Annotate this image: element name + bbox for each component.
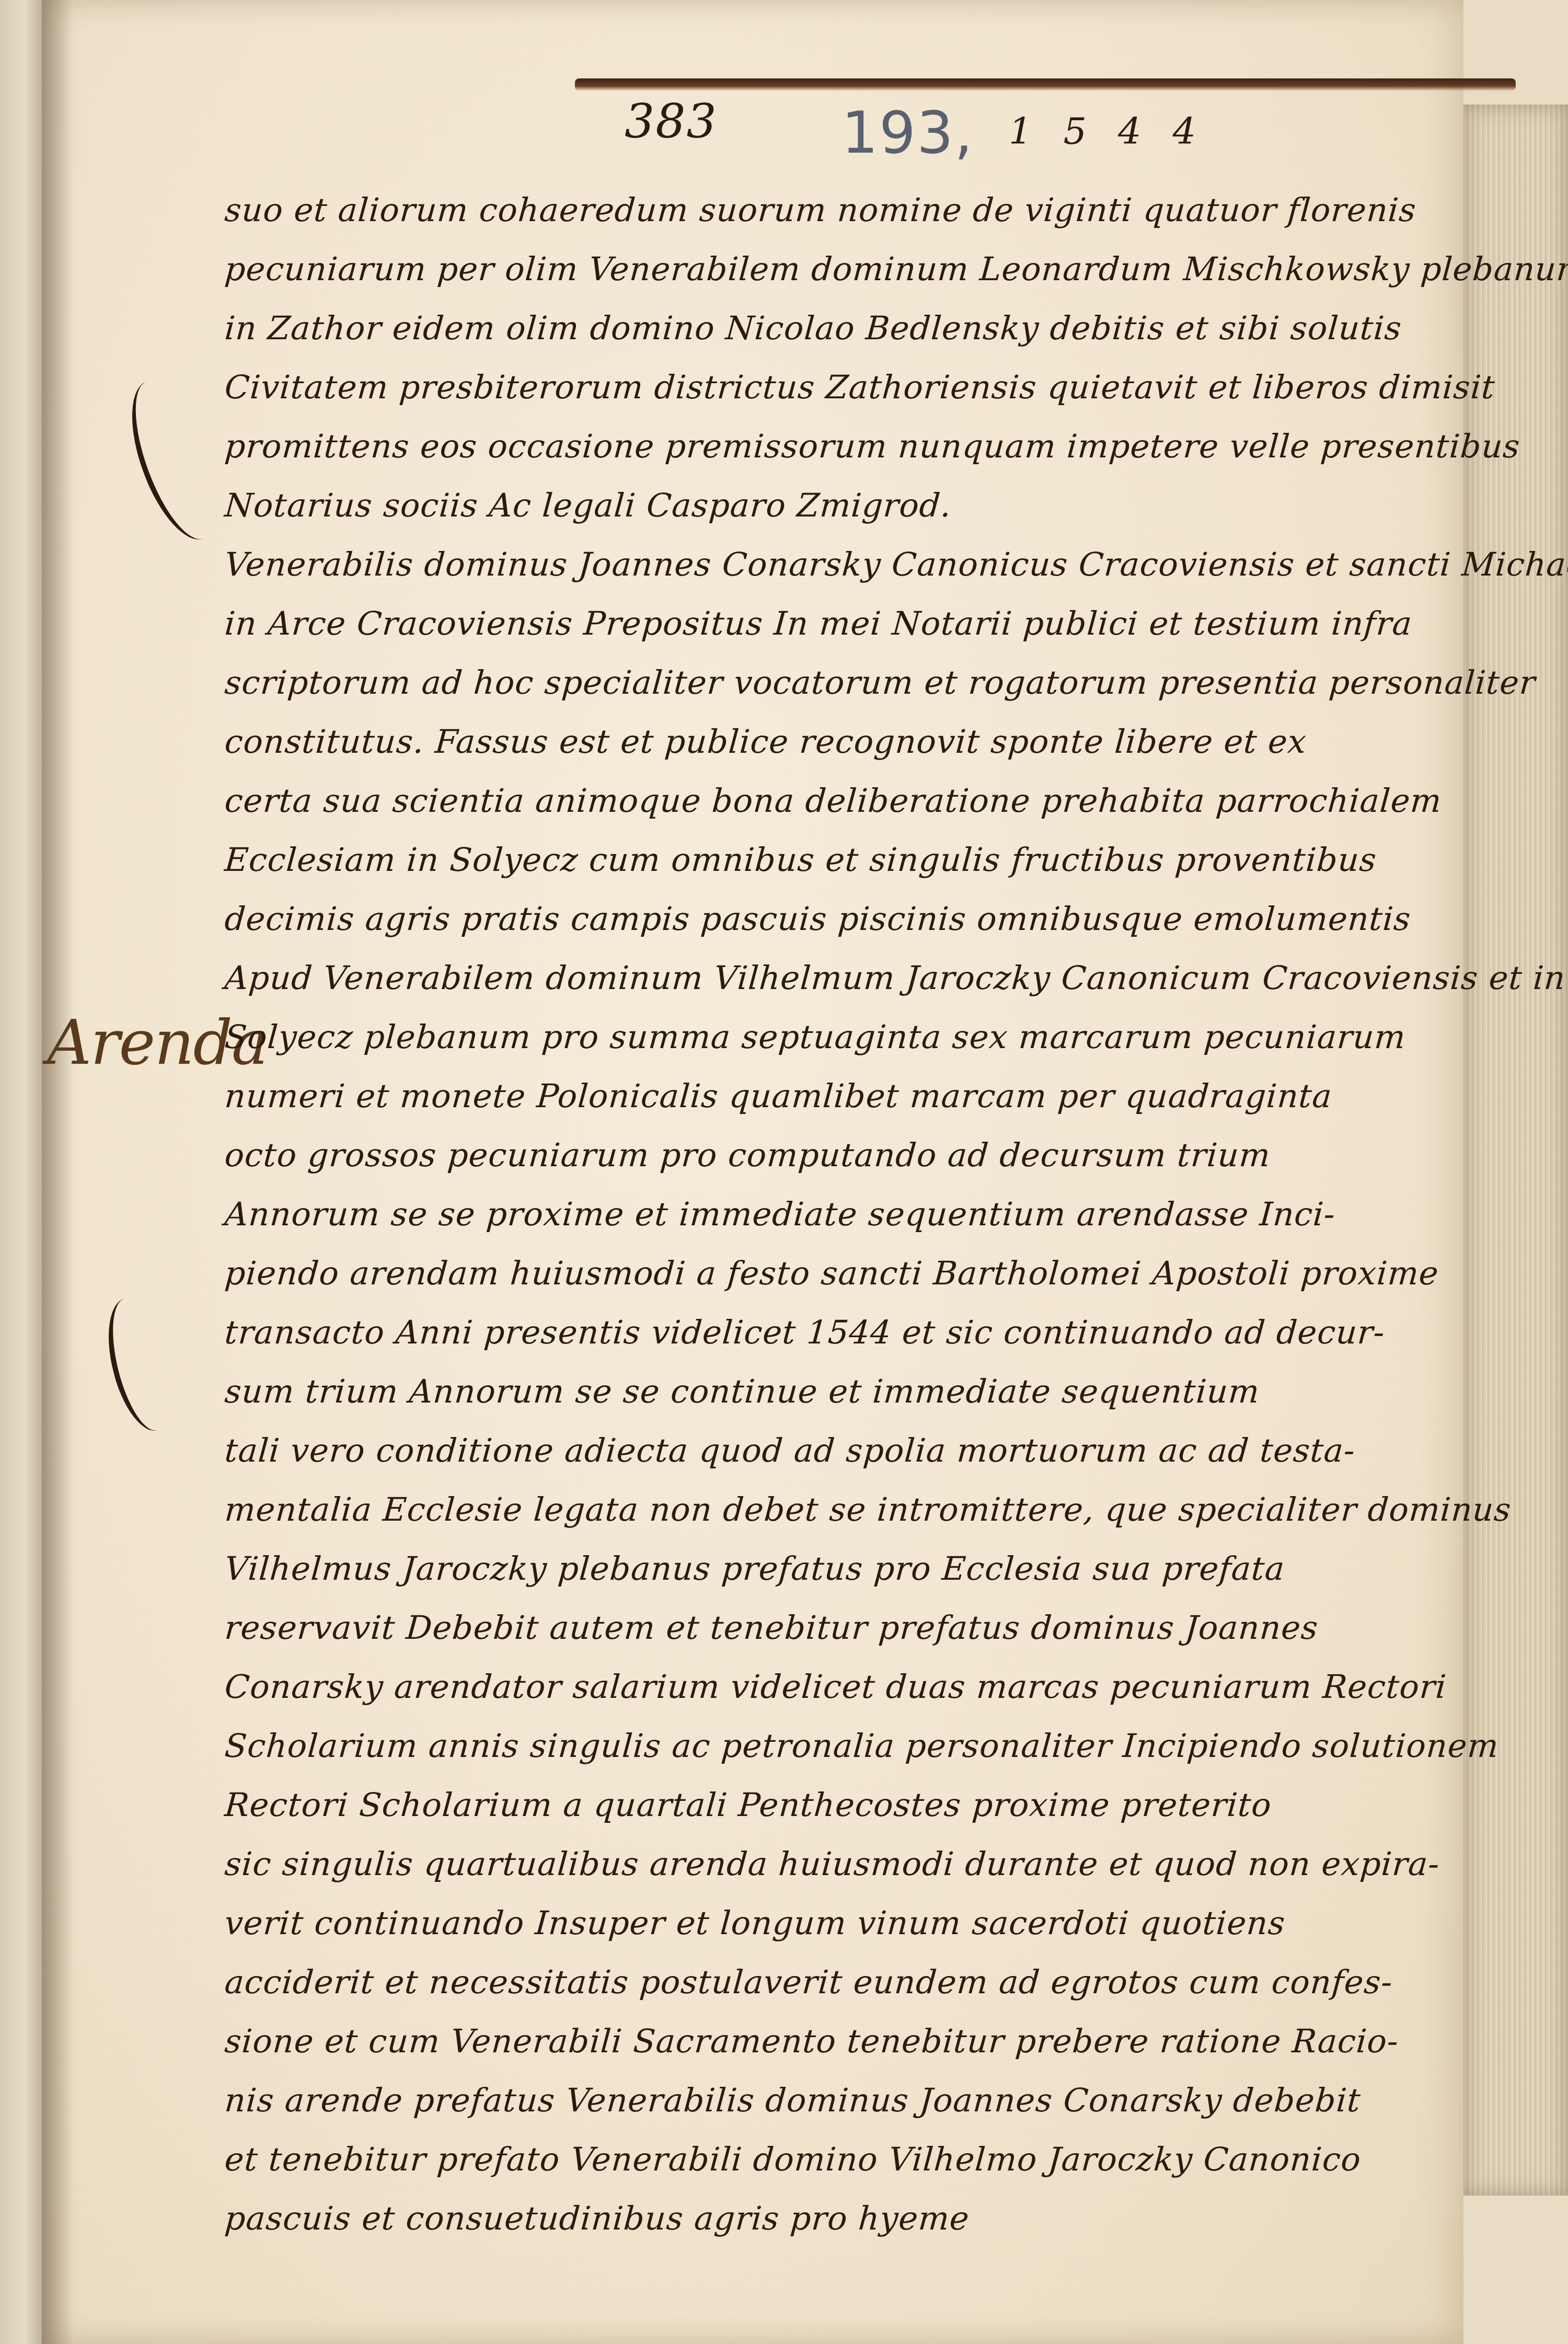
text-line: Venerabilis dominus Joannes Conarsky Can… — [223, 535, 1403, 594]
text-line: scriptorum ad hoc specialiter vocatorum … — [223, 653, 1403, 712]
facing-page-edge — [0, 0, 42, 2344]
text-line: Conarsky arendator salarium videlicet du… — [223, 1657, 1403, 1716]
text-line: Ecclesiam in Solyecz cum omnibus et sing… — [223, 830, 1403, 889]
page-edges — [1463, 105, 1568, 2196]
text-line: pascuis et consuetudinibus agris pro hye… — [223, 2189, 1403, 2248]
text-line: Scholarium annis singulis ac petronalia … — [223, 1716, 1403, 1775]
text-line: octo grossos pecuniarum pro computando a… — [223, 1125, 1403, 1185]
text-line: transacto Anni presentis videlicet 1544 … — [223, 1303, 1403, 1362]
year-heading: 1544 — [1009, 110, 1227, 153]
text-line: Solyecz plebanum pro summa septuaginta s… — [223, 1007, 1403, 1066]
text-line: tali vero conditione adiecta quod ad spo… — [223, 1421, 1403, 1480]
text-line: suo et aliorum cohaeredum suorum nomine … — [223, 180, 1403, 239]
text-line: Annorum se se proxime et immediate seque… — [223, 1185, 1403, 1244]
text-line: Apud Venerabilem dominum Vilhelmum Jaroc… — [223, 948, 1403, 1007]
text-line: pecuniarum per olim Venerabilem dominum … — [223, 239, 1403, 298]
text-line: decimis agris pratis campis pascuis pisc… — [223, 889, 1403, 948]
text-line: Notarius sociis Ac legali Casparo Zmigro… — [223, 476, 1403, 535]
text-line: nis arende prefatus Venerabilis dominus … — [223, 2071, 1403, 2130]
text-line: Civitatem presbiterorum districtus Zatho… — [223, 358, 1403, 417]
text-line: et tenebitur prefato Venerabili domino V… — [223, 2130, 1403, 2189]
text-line: numeri et monete Polonicalis quamlibet m… — [223, 1066, 1403, 1125]
text-line: certa sua scientia animoque bona deliber… — [223, 771, 1403, 830]
text-line: promittens eos occasione premissorum nun… — [223, 417, 1403, 476]
binding-top-edge — [575, 78, 1516, 91]
folio-number-ink: 383 — [625, 94, 718, 149]
text-line: sum trium Annorum se se continue et imme… — [223, 1362, 1403, 1421]
manuscript-text: suo et aliorum cohaeredum suorum nomine … — [225, 180, 1401, 2248]
text-line: sic singulis quartualibus arenda huiusmo… — [223, 1834, 1403, 1893]
text-line: verit continuando Insuper et longum vinu… — [223, 1893, 1403, 1952]
text-line: Vilhelmus Jaroczky plebanus prefatus pro… — [223, 1539, 1403, 1598]
spine-shadow — [42, 0, 73, 2344]
text-line: acciderit et necessitatis postulaverit e… — [223, 1952, 1403, 2012]
text-line: reservavit Debebit autem et tenebitur pr… — [223, 1598, 1403, 1657]
text-line: constitutus. Fassus est et publice recog… — [223, 712, 1403, 771]
text-line: sione et cum Venerabili Sacramento teneb… — [223, 2012, 1403, 2071]
text-line: mentalia Ecclesie legata non debet se in… — [223, 1480, 1403, 1539]
text-line: in Zathor eidem olim domino Nicolao Bedl… — [223, 298, 1403, 358]
text-line: Rectori Scholarium a quartali Penthecost… — [223, 1775, 1403, 1834]
folio-number-pencil: 193, — [841, 99, 974, 166]
text-line: in Arce Cracoviensis Prepositus In mei N… — [223, 594, 1403, 653]
text-line: piendo arendam huiusmodi a festo sancti … — [223, 1244, 1403, 1303]
